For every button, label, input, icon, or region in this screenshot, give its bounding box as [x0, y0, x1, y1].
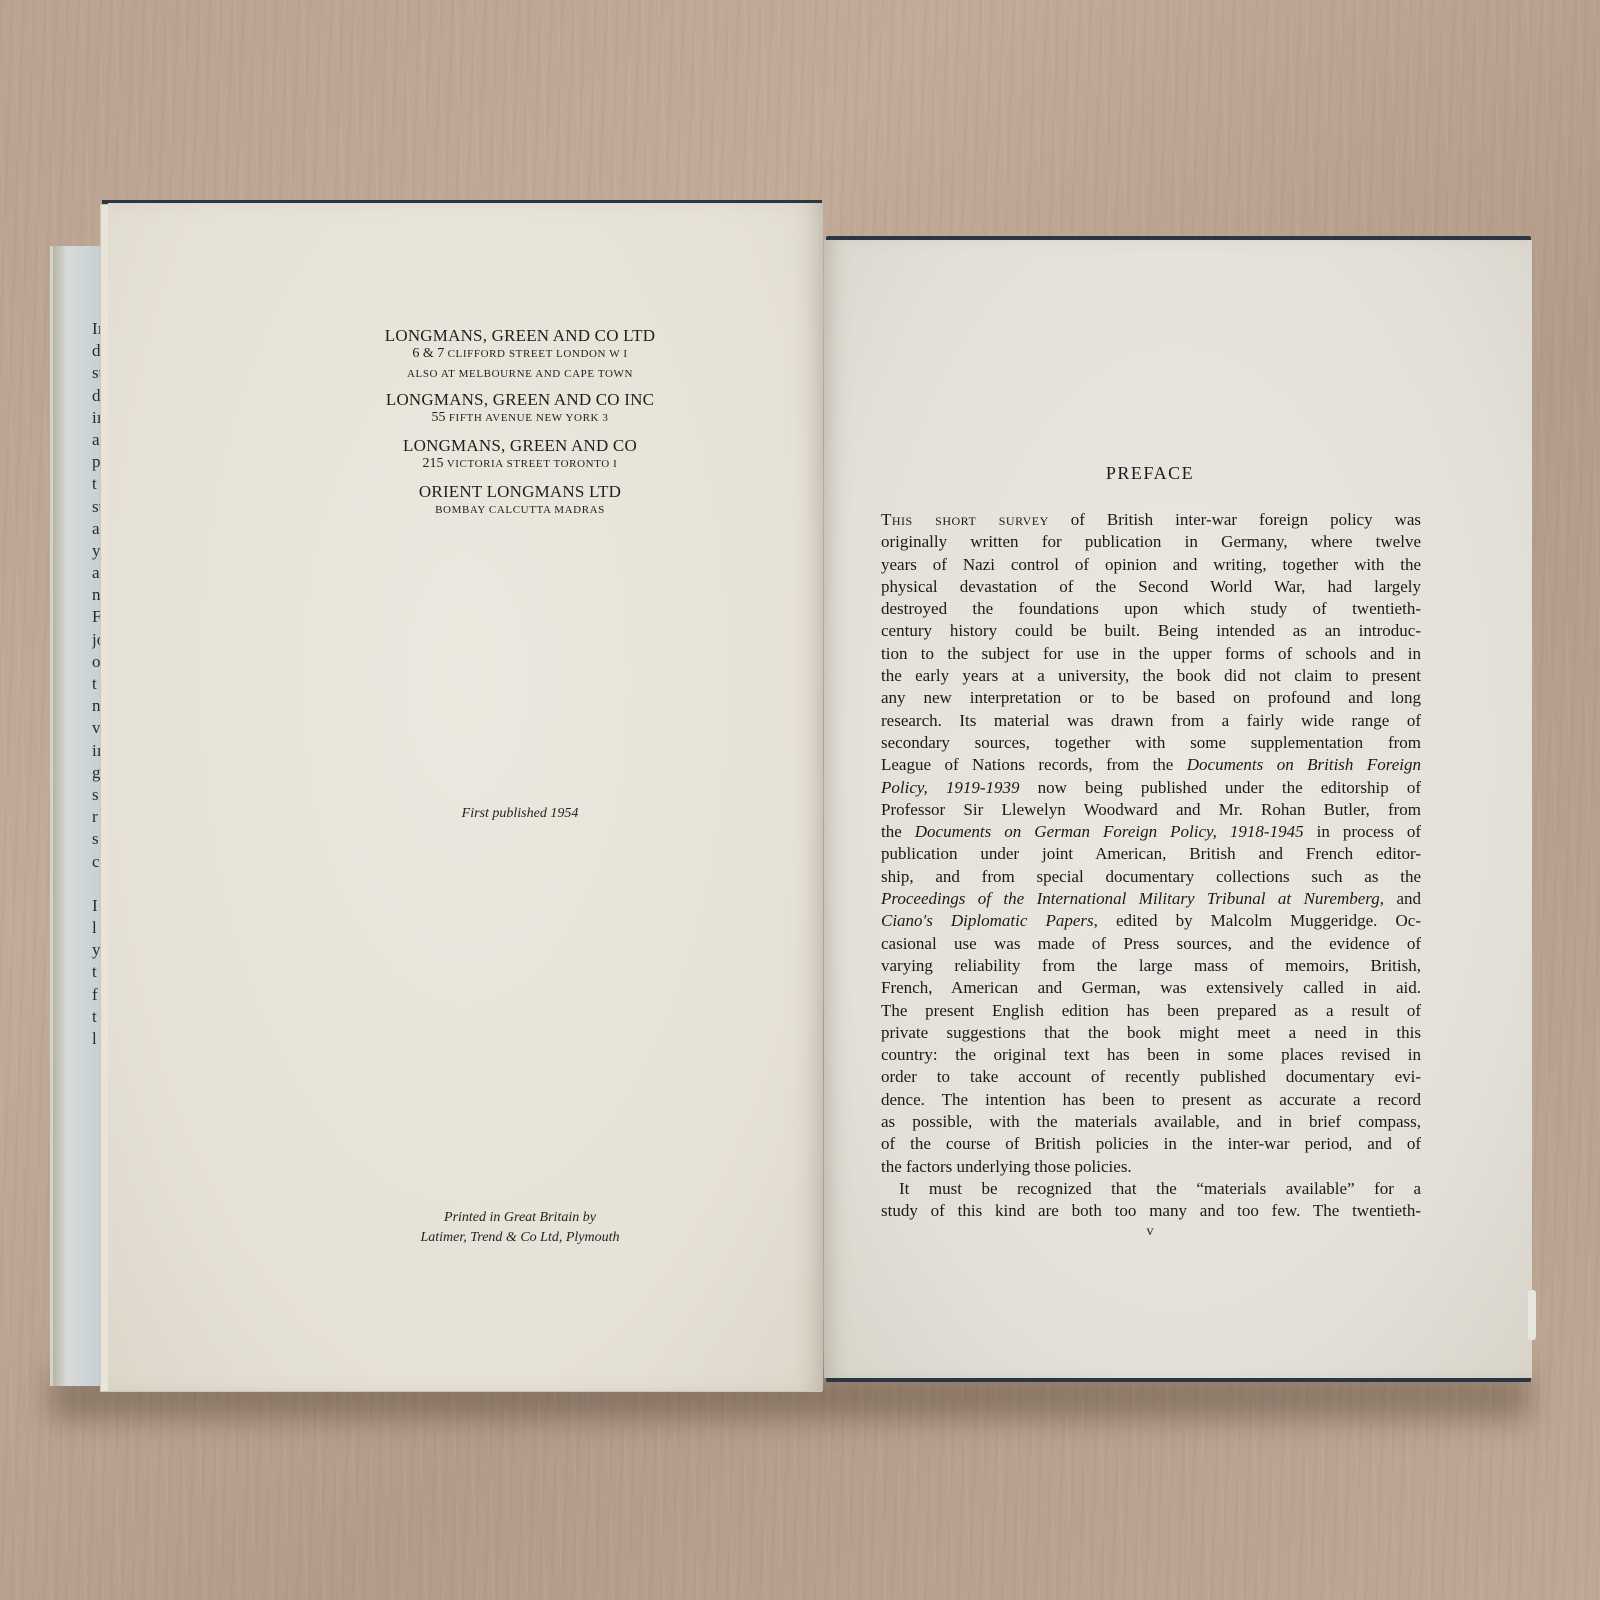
text-line: years of Nazi control of opinion and wri…: [881, 554, 1421, 576]
imprint-new-york: LONGMANS, GREEN AND CO INC 55 FIFTH AVEN…: [300, 390, 740, 426]
text-line: publication under joint American, Britis…: [881, 843, 1421, 865]
page-number: v: [1130, 1224, 1170, 1240]
text-line: dence. The intention has been to present…: [881, 1089, 1421, 1111]
preface-body-text: This short survey of British inter-war f…: [881, 509, 1421, 1223]
publisher-address: 6 & 7 CLIFFORD STREET LONDON W I: [300, 346, 740, 362]
text-line: the factors underlying those policies.: [881, 1156, 1421, 1178]
publisher-address: 55 FIFTH AVENUE NEW YORK 3: [300, 410, 740, 426]
torn-cover-edge: [1528, 1290, 1536, 1340]
text-line: League of Nations records, from the Docu…: [881, 754, 1421, 776]
printer-credit: Printed in Great Britain by Latimer, Tre…: [340, 1208, 700, 1248]
publisher-imprint: LONGMANS, GREEN AND CO LTD 6 & 7 CLIFFOR…: [300, 326, 740, 518]
text-line: private suggestions that the book might …: [881, 1022, 1421, 1044]
publisher-name: LONGMANS, GREEN AND CO LTD: [300, 326, 740, 346]
publisher-address: BOMBAY CALCUTTA MADRAS: [300, 502, 740, 518]
imprint-toronto: LONGMANS, GREEN AND CO 215 VICTORIA STRE…: [300, 436, 740, 472]
text-line: Professor Sir Llewelyn Woodward and Mr. …: [881, 799, 1421, 821]
text-line: Ciano's Diplomatic Papers, edited by Mal…: [881, 910, 1421, 932]
text-line: the Documents on German Foreign Policy, …: [881, 821, 1421, 843]
text-line: originally written for publication in Ge…: [881, 531, 1421, 553]
text-line: physical devastation of the Second World…: [881, 576, 1421, 598]
printer-line-1: Printed in Great Britain by: [340, 1208, 700, 1228]
publisher-name: LONGMANS, GREEN AND CO: [300, 436, 740, 456]
page-title: PREFACE: [880, 463, 1420, 484]
text-line: country: the original text has been in s…: [881, 1044, 1421, 1066]
text-line: order to take account of recently publis…: [881, 1066, 1421, 1088]
text-line: of the course of British policies in the…: [881, 1133, 1421, 1155]
imprint-orient: ORIENT LONGMANS LTD BOMBAY CALCUTTA MADR…: [300, 482, 740, 518]
text-line: century history could be built. Being in…: [881, 620, 1421, 642]
text-line: The present English edition has been pre…: [881, 1000, 1421, 1022]
text-line: tion to the subject for use in the upper…: [881, 643, 1421, 665]
text-line: casional use was made of Press sources, …: [881, 933, 1421, 955]
printer-line-2: Latimer, Trend & Co Ltd, Plymouth: [340, 1228, 700, 1248]
text-line: varying reliability from the large mass …: [881, 955, 1421, 977]
text-line: ship, and from special documentary colle…: [881, 866, 1421, 888]
first-published-line: First published 1954: [380, 806, 660, 822]
imprint-london: LONGMANS, GREEN AND CO LTD 6 & 7 CLIFFOR…: [300, 326, 740, 380]
text-line: French, American and German, was extensi…: [881, 977, 1421, 999]
text-line: secondary sources, together with some su…: [881, 732, 1421, 754]
text-line: the early years at a university, the boo…: [881, 665, 1421, 687]
publisher-also-at: ALSO AT MELBOURNE AND CAPE TOWN: [300, 368, 740, 380]
text-line: as possible, with the materials availabl…: [881, 1111, 1421, 1133]
text-line: destroyed the foundations upon which stu…: [881, 598, 1421, 620]
text-line: Proceedings of the International Militar…: [881, 888, 1421, 910]
text-line: This short survey of British inter-war f…: [881, 509, 1421, 531]
publisher-name: LONGMANS, GREEN AND CO INC: [300, 390, 740, 410]
publisher-name: ORIENT LONGMANS LTD: [300, 482, 740, 502]
text-line: Policy, 1919-1939 now being published un…: [881, 777, 1421, 799]
text-line: It must be recognized that the “material…: [881, 1178, 1421, 1200]
text-line: research. Its material was drawn from a …: [881, 710, 1421, 732]
publisher-address: 215 VICTORIA STREET TORONTO I: [300, 456, 740, 472]
text-line: any new interpretation or to be based on…: [881, 687, 1421, 709]
text-line: study of this kind are both too many and…: [881, 1200, 1421, 1222]
